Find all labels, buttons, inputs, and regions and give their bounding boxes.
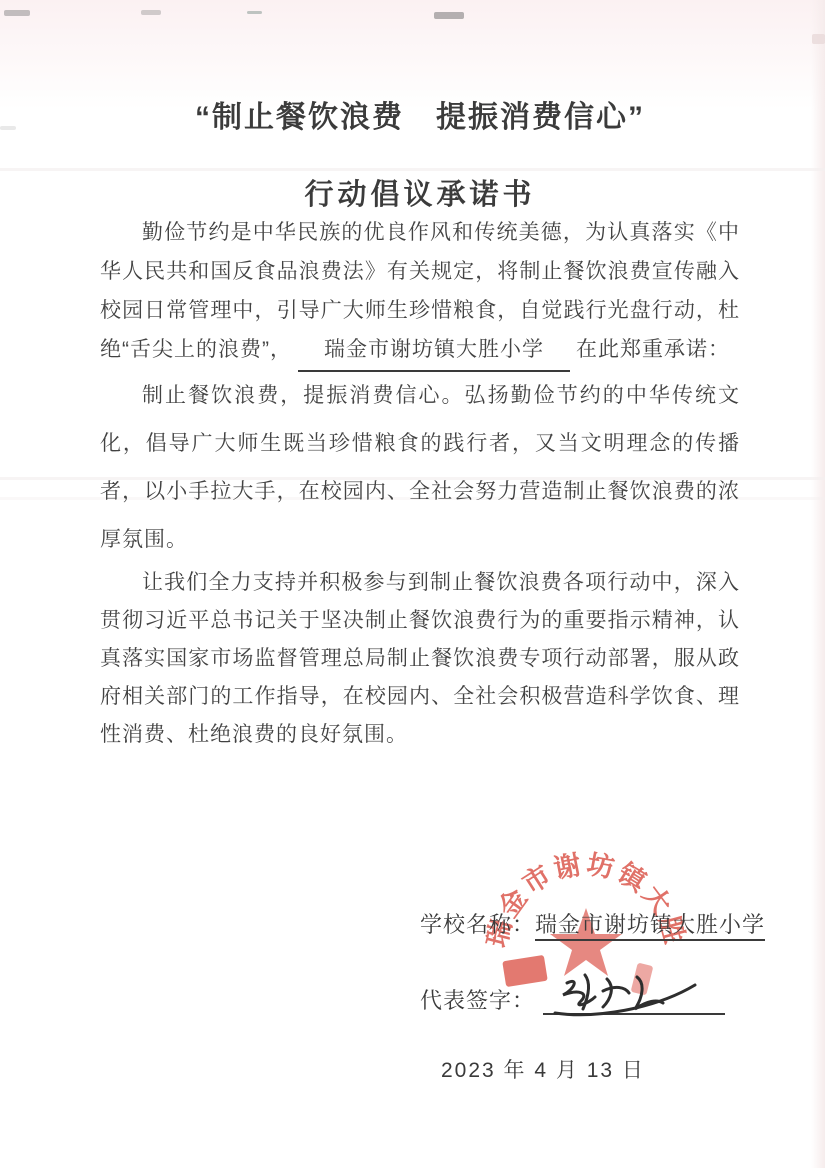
signature-handwriting [545, 969, 720, 1021]
paragraph-1: 勤俭节约是中华民族的优良作风和传统美德，为认真落实《中华人民共和国反食品浪费法》… [100, 213, 740, 372]
scan-speck [4, 10, 30, 16]
stamp-smudge [502, 955, 548, 987]
signature-label: 代表签字： [420, 988, 535, 1013]
scan-speck [812, 34, 825, 44]
paragraph-2: 制止餐饮浪费，提振消费信心。弘扬勤俭节约的中华传统文化，倡导广大师生既当珍惜粮食… [100, 372, 740, 564]
school-name-row: 学校名称：瑞金市谢坊镇大胜小学 [420, 908, 765, 939]
paragraph-1-tail: 在此郑重承诺： [576, 338, 730, 361]
paragraph-3: 让我们全力支持并积极参与到制止餐饮浪费各项行动中，深入贯彻习近平总书记关于坚决制… [100, 564, 740, 754]
document-body: “制止餐饮浪费 提振消费信心” 行动倡议承诺书 勤俭节约是中华民族的优良作风和传… [100, 92, 740, 754]
school-name-inline-blank: 瑞金市谢坊镇大胜小学 [298, 330, 570, 372]
date-line: 2023 年 4 月 13 日 [441, 1054, 645, 1084]
school-name-label: 学校名称： [420, 912, 535, 937]
school-name-value: 瑞金市谢坊镇大胜小学 [535, 912, 765, 941]
scan-tint-right [811, 0, 825, 1168]
document-title-line1: “制止餐饮浪费 提振消费信心” [100, 92, 740, 136]
representative-signature-row: 代表签字： [420, 984, 725, 1015]
scanned-pledge-document: “制止餐饮浪费 提振消费信心” 行动倡议承诺书 勤俭节约是中华民族的优良作风和传… [0, 0, 825, 1168]
scan-speck [0, 126, 16, 130]
scan-speck [247, 11, 262, 14]
document-title-line2: 行动倡议承诺书 [100, 172, 740, 213]
scan-speck [434, 12, 464, 19]
signature-blank-line [543, 985, 725, 1015]
scan-speck [141, 10, 161, 15]
